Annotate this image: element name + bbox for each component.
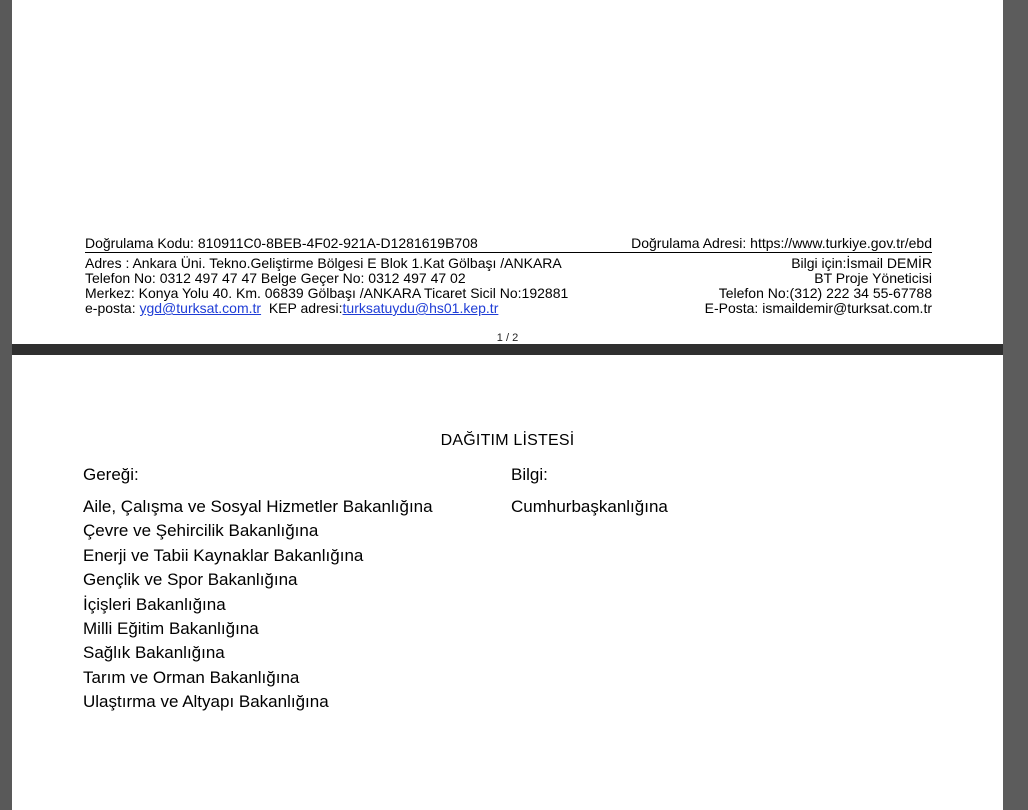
verification-code-value: 810911C0-8BEB-4F02-921A-D1281619B708 bbox=[198, 235, 478, 251]
list-item: Çevre ve Şehircilik Bakanlığına bbox=[83, 519, 433, 543]
contact-phone: Telefon No:(312) 222 34 55-67788 bbox=[705, 286, 932, 301]
viewer-scrollbar-track[interactable] bbox=[1002, 0, 1028, 810]
headquarters-line: Merkez: Konya Yolu 40. Km. 06839 Gölbaşı… bbox=[85, 286, 568, 301]
email-line: e-posta: ygd@turksat.com.tr KEP adresi:t… bbox=[85, 301, 568, 316]
gerekigi-column: Gereği: Aile, Çalışma ve Sosyal Hizmetle… bbox=[83, 464, 433, 715]
list-item: Cumhurbaşkanlığına bbox=[511, 495, 668, 519]
verification-code-label: Doğrulama Kodu: bbox=[85, 235, 194, 251]
list-item: Milli Eğitim Bakanlığına bbox=[83, 617, 433, 641]
contact-title: BT Proje Yöneticisi bbox=[705, 271, 932, 286]
kep-link[interactable]: turksatuydu@hs01.kep.tr bbox=[343, 300, 499, 316]
gerekigi-list: Aile, Çalışma ve Sosyal Hizmetler Bakanl… bbox=[83, 495, 433, 715]
page-number: 1 / 2 bbox=[12, 332, 1003, 344]
pdf-page-2: DAĞITIM LİSTESİ Gereği: Aile, Çalışma ve… bbox=[12, 355, 1003, 810]
list-item: Enerji ve Tabii Kaynaklar Bakanlığına bbox=[83, 544, 433, 568]
list-item: Gençlik ve Spor Bakanlığına bbox=[83, 568, 433, 592]
contact-person: Bilgi için:İsmail DEMİR bbox=[705, 256, 932, 271]
contact-left: Adres : Ankara Üni. Tekno.Geliştirme Böl… bbox=[85, 256, 568, 316]
document-footer: Doğrulama Kodu: 810911C0-8BEB-4F02-921A-… bbox=[85, 235, 932, 316]
footer-divider bbox=[85, 252, 932, 253]
page-separator bbox=[12, 344, 1003, 355]
phone-line: Telefon No: 0312 497 47 47 Belge Geçer N… bbox=[85, 271, 568, 286]
list-item: Ulaştırma ve Altyapı Bakanlığına bbox=[83, 690, 433, 714]
list-item: İçişleri Bakanlığına bbox=[83, 593, 433, 617]
email-link[interactable]: ygd@turksat.com.tr bbox=[139, 300, 261, 316]
contact-right: Bilgi için:İsmail DEMİR BT Proje Yönetic… bbox=[705, 256, 932, 316]
verification-address: Doğrulama Adresi: https://www.turkiye.go… bbox=[631, 235, 932, 251]
verification-row: Doğrulama Kodu: 810911C0-8BEB-4F02-921A-… bbox=[85, 235, 932, 252]
address-line: Adres : Ankara Üni. Tekno.Geliştirme Böl… bbox=[85, 256, 568, 271]
gerekigi-heading: Gereği: bbox=[83, 464, 433, 486]
list-item: Sağlık Bakanlığına bbox=[83, 641, 433, 665]
distribution-list-title: DAĞITIM LİSTESİ bbox=[12, 432, 1003, 450]
verification-address-label: Doğrulama Adresi: bbox=[631, 235, 746, 251]
contact-email: E-Posta: ismaildemir@turksat.com.tr bbox=[705, 301, 932, 316]
contact-info: Adres : Ankara Üni. Tekno.Geliştirme Böl… bbox=[85, 256, 932, 316]
bilgi-column: Bilgi: Cumhurbaşkanlığına bbox=[511, 464, 668, 519]
viewer-left-margin bbox=[0, 0, 12, 810]
kep-label: KEP adresi: bbox=[269, 300, 343, 316]
email-label: e-posta: bbox=[85, 300, 136, 316]
pdf-page-1: Doğrulama Kodu: 810911C0-8BEB-4F02-921A-… bbox=[12, 0, 1003, 344]
verification-address-value: https://www.turkiye.gov.tr/ebd bbox=[750, 235, 932, 251]
bilgi-list: Cumhurbaşkanlığına bbox=[511, 495, 668, 519]
verification-code: Doğrulama Kodu: 810911C0-8BEB-4F02-921A-… bbox=[85, 235, 478, 251]
bilgi-heading: Bilgi: bbox=[511, 464, 668, 486]
list-item: Aile, Çalışma ve Sosyal Hizmetler Bakanl… bbox=[83, 495, 433, 519]
list-item: Tarım ve Orman Bakanlığına bbox=[83, 666, 433, 690]
